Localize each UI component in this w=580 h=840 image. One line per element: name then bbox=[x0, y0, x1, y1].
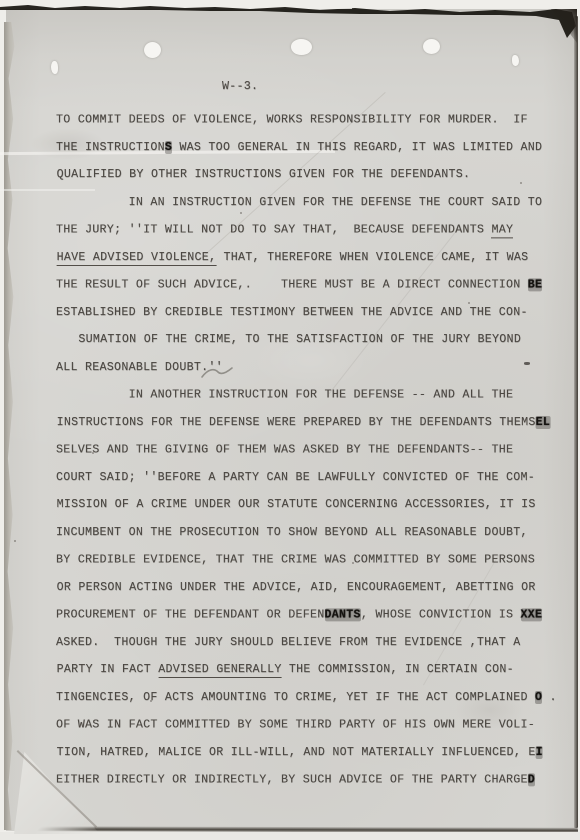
punch-hole bbox=[144, 42, 161, 58]
text-line: INCUMBENT ON THE PROSECUTION TO SHOW BEY… bbox=[56, 519, 556, 547]
text-segment: COURT SAID; ''BEFORE A PARTY CAN BE LAWF… bbox=[56, 471, 535, 484]
text-segment: TO COMMIT DEEDS OF VIOLENCE, WORKS RESPO… bbox=[56, 113, 528, 126]
ink-speck bbox=[14, 540, 16, 542]
text-segment: BY CREDIBLE EVIDENCE, THAT THE CRIME WAS… bbox=[56, 553, 535, 566]
text-line: INSTRUCTIONS FOR THE DEFENSE WERE PREPAR… bbox=[57, 409, 557, 437]
text-line: COURT SAID; ''BEFORE A PARTY CAN BE LAWF… bbox=[56, 464, 556, 492]
text-segment: INCUMBENT ON THE PROSECUTION TO SHOW BEY… bbox=[56, 526, 528, 539]
text-line: OF WAS IN FACT COMMITTED BY SOME THIRD P… bbox=[56, 711, 556, 739]
text-segment: TINGENCIES, OF ACTS AMOUNTING TO CRIME, … bbox=[56, 691, 535, 704]
underlined-text: MAY bbox=[491, 223, 513, 238]
scan-right-edge bbox=[574, 16, 578, 828]
text-segment: ESTABLISHED BY CREDIBLE TESTIMONY BETWEE… bbox=[56, 306, 528, 319]
text-segment: , WHOSE CONVICTION IS bbox=[361, 608, 521, 621]
text-line: TINGENCIES, OF ACTS AMOUNTING TO CRIME, … bbox=[56, 684, 556, 712]
underlined-text: ADVISED GENERALLY bbox=[158, 663, 281, 678]
text-line: ALL REASONABLE DOUBT.'' bbox=[56, 354, 556, 382]
struck-over-text: BE bbox=[528, 278, 543, 291]
text-line: IN ANOTHER INSTRUCTION FOR THE DEFENSE -… bbox=[56, 381, 556, 409]
underlined-text: HAVE ADVISED VIOLENCE, bbox=[57, 251, 217, 266]
punch-hole bbox=[291, 39, 312, 55]
text-line: TO COMMIT DEEDS OF VIOLENCE, WORKS RESPO… bbox=[56, 106, 556, 133]
text-segment: PARTY IN FACT bbox=[57, 663, 159, 676]
text-segment: EITHER DIRECTLY OR INDIRECTLY, BY SUCH A… bbox=[56, 773, 528, 786]
text-line: PARTY IN FACT ADVISED GENERALLY THE COMM… bbox=[57, 656, 557, 684]
paper-nick bbox=[51, 61, 58, 74]
text-segment: ASKED. THOUGH THE JURY SHOULD BELIEVE FR… bbox=[56, 636, 520, 649]
text-segment: SUMATION OF THE CRIME, TO THE SATISFACTI… bbox=[57, 333, 521, 346]
text-segment: IN AN INSTRUCTION GIVEN FOR THE DEFENSE … bbox=[56, 196, 542, 209]
text-line: BY CREDIBLE EVIDENCE, THAT THE CRIME WAS… bbox=[56, 546, 556, 574]
text-segment: THE INSTRUCTION bbox=[56, 141, 165, 154]
text-segment: TION, HATRED, MALICE OR ILL-WILL, AND NO… bbox=[57, 746, 536, 759]
text-segment: ALL REASONABLE DOUBT.'' bbox=[56, 361, 223, 374]
text-line: SELVES AND THE GIVING OF THEM WAS ASKED … bbox=[56, 436, 556, 464]
struck-over-text: D bbox=[528, 773, 535, 786]
text-line: EITHER DIRECTLY OR INDIRECTLY, BY SUCH A… bbox=[56, 766, 556, 794]
text-line: PROCUREMENT OF THE DEFENDANT OR DEFENDAN… bbox=[56, 601, 556, 629]
text-line: IN AN INSTRUCTION GIVEN FOR THE DEFENSE … bbox=[56, 189, 556, 217]
text-line: HAVE ADVISED VIOLENCE, THAT, THEREFORE W… bbox=[57, 244, 557, 272]
punch-hole bbox=[423, 39, 440, 54]
text-segment: . bbox=[542, 691, 557, 704]
text-segment: IN ANOTHER INSTRUCTION FOR THE DEFENSE -… bbox=[56, 388, 513, 401]
text-segment: WAS TOO GENERAL IN THIS REGARD, IT WAS L… bbox=[172, 141, 542, 154]
text-line: SUMATION OF THE CRIME, TO THE SATISFACTI… bbox=[57, 326, 557, 354]
page-number-header: W--3. bbox=[222, 80, 258, 93]
text-line: THE INSTRUCTIONS WAS TOO GENERAL IN THIS… bbox=[56, 134, 556, 162]
paper-nick bbox=[512, 55, 519, 66]
text-segment: THE JURY; ''IT WILL NOT DO TO SAY THAT, … bbox=[56, 223, 491, 236]
text-segment: SELVES AND THE GIVING OF THEM WAS ASKED … bbox=[56, 443, 513, 456]
typewritten-body: TO COMMIT DEEDS OF VIOLENCE, WORKS RESPO… bbox=[56, 106, 556, 794]
text-line: THE RESULT OF SUCH ADVICE,. THERE MUST B… bbox=[56, 271, 556, 299]
text-segment: THE RESULT OF SUCH ADVICE,. THERE MUST B… bbox=[56, 278, 528, 291]
struck-over-text: EL bbox=[536, 416, 551, 429]
struck-over-text: DANTS bbox=[325, 608, 361, 621]
text-line: OR PERSON ACTING UNDER THE ADVICE, AID, … bbox=[57, 574, 557, 602]
text-line: ASKED. THOUGH THE JURY SHOULD BELIEVE FR… bbox=[56, 629, 556, 657]
torn-top-edge bbox=[0, 0, 580, 44]
text-segment: OF WAS IN FACT COMMITTED BY SOME THIRD P… bbox=[56, 718, 535, 731]
text-line: THE JURY; ''IT WILL NOT DO TO SAY THAT, … bbox=[56, 216, 556, 244]
struck-over-text: XXE bbox=[521, 608, 543, 621]
text-segment: QUALIFIED BY OTHER INSTRUCTIONS GIVEN FO… bbox=[57, 168, 471, 181]
text-segment: MISSION OF A CRIME UNDER OUR STATUTE CON… bbox=[57, 498, 536, 511]
text-segment: THAT, THEREFORE WHEN VIOLENCE CAME, IT W… bbox=[216, 251, 528, 264]
scanned-page: W--3. TO COMMIT DEEDS OF VIOLENCE, WORKS… bbox=[0, 0, 580, 840]
text-segment: THE COMMISSION, IN CERTAIN CON- bbox=[282, 663, 514, 676]
text-line: TION, HATRED, MALICE OR ILL-WILL, AND NO… bbox=[57, 739, 557, 767]
text-segment: OR PERSON ACTING UNDER THE ADVICE, AID, … bbox=[57, 581, 536, 594]
text-segment: PROCUREMENT OF THE DEFENDANT OR DEFEN bbox=[56, 608, 325, 621]
text-line: ESTABLISHED BY CREDIBLE TESTIMONY BETWEE… bbox=[56, 299, 556, 327]
text-line: MISSION OF A CRIME UNDER OUR STATUTE CON… bbox=[57, 491, 557, 519]
struck-over-text: I bbox=[536, 746, 543, 759]
text-segment: INSTRUCTIONS FOR THE DEFENSE WERE PREPAR… bbox=[57, 416, 536, 429]
text-line: QUALIFIED BY OTHER INSTRUCTIONS GIVEN FO… bbox=[57, 161, 557, 189]
